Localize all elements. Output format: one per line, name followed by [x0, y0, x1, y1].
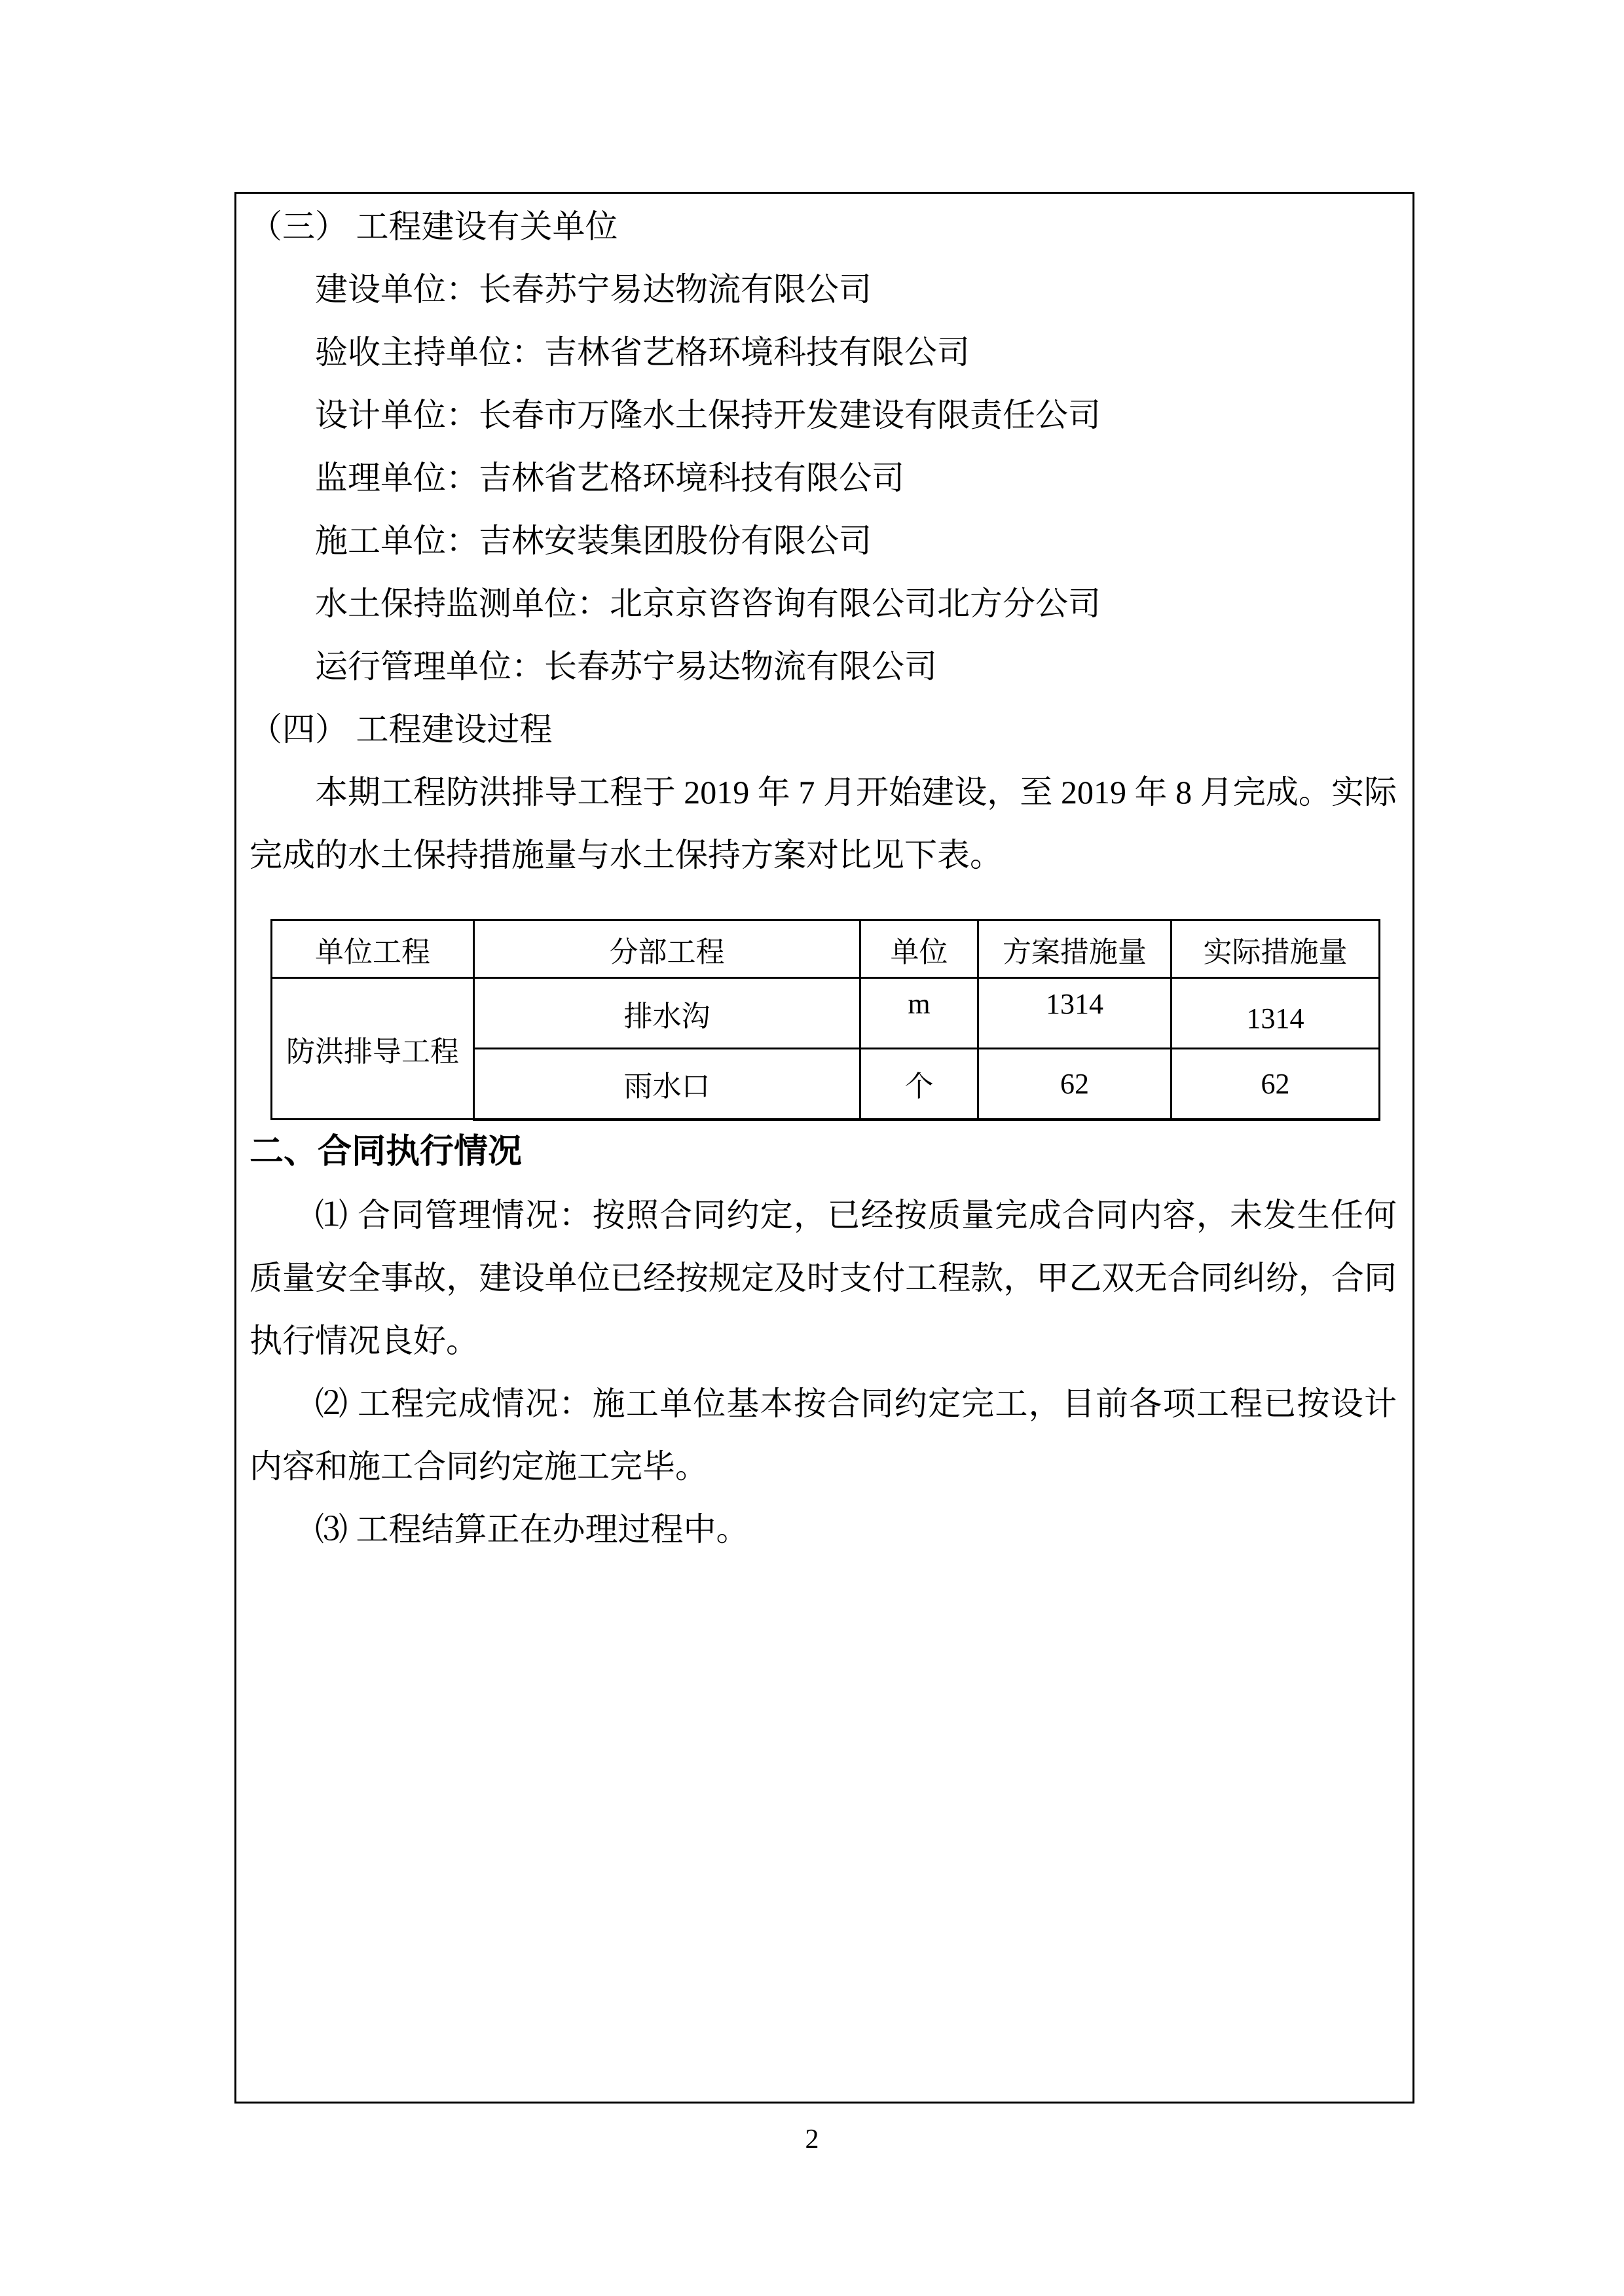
contract-paragraph-settlement: ⑶ 工程结算正在办理过程中。 [249, 1498, 1397, 1561]
cell-planned: 1314 [978, 978, 1172, 1049]
cell-actual: 1314 [1172, 978, 1380, 1049]
cell-planned: 62 [978, 1049, 1172, 1120]
section3-heading: （三） 工程建设有关单位 [249, 195, 1397, 258]
header-planned-quantity: 方案措施量 [978, 920, 1172, 978]
unit-line-construction: 建设单位：长春苏宁易达物流有限公司 [249, 258, 1397, 321]
header-sub-project: 分部工程 [474, 920, 860, 978]
unit-line-contractor: 施工单位：吉林安装集团股份有限公司 [249, 509, 1397, 572]
contract-paragraph-completion: ⑵ 工程完成情况：施工单位基本按合同约定完工，目前各项工程已按设计内容和施工合同… [249, 1372, 1397, 1498]
cell-sub-project: 排水沟 [474, 978, 860, 1049]
unit-line-operation: 运行管理单位：长春苏宁易达物流有限公司 [249, 635, 1397, 698]
document-page: { "colors": { "text": "#000000", "backgr… [0, 0, 1624, 2296]
header-unit-project: 单位工程 [272, 920, 474, 978]
page-number: 2 [0, 2124, 1624, 2155]
cell-actual-value: 1314 [1247, 1002, 1304, 1035]
unit-line-monitoring: 水土保持监测单位：北京京咨咨询有限公司北方分公司 [249, 572, 1397, 635]
cell-actual: 62 [1172, 1049, 1380, 1120]
table-row: 防洪排导工程 排水沟 m 1314 1314 [272, 978, 1380, 1049]
table-header-row: 单位工程 分部工程 单位 方案措施量 实际措施量 [272, 920, 1380, 978]
cell-planned-value: 1314 [1046, 987, 1103, 1021]
measures-comparison-table: 单位工程 分部工程 单位 方案措施量 实际措施量 防洪排导工程 排水沟 m 13… [270, 919, 1380, 1121]
unit-line-supervision: 监理单位：吉林省艺格环境科技有限公司 [249, 446, 1397, 509]
unit-line-design: 设计单位：长春市万隆水土保持开发建设有限责任公司 [249, 384, 1397, 446]
cell-unit-value: m [908, 987, 930, 1021]
contract-section-heading: 二、合同执行情况 [249, 1121, 1397, 1184]
contract-paragraph-management: ⑴ 合同管理情况：按照合同约定，已经按质量完成合同内容，未发生任何质量安全事故，… [249, 1184, 1397, 1372]
cell-unit: m [860, 978, 978, 1049]
section4-paragraph: 本期工程防洪排导工程于 2019 年 7 月开始建设，至 2019 年 8 月完… [249, 761, 1397, 886]
header-actual-quantity: 实际措施量 [1172, 920, 1380, 978]
cell-unit-project: 防洪排导工程 [272, 978, 474, 1120]
section4-heading: （四） 工程建设过程 [249, 698, 1397, 761]
header-unit: 单位 [860, 920, 978, 978]
unit-line-acceptance-host: 验收主持单位：吉林省艺格环境科技有限公司 [249, 321, 1397, 384]
content-border-box: （三） 工程建设有关单位 建设单位：长春苏宁易达物流有限公司 验收主持单位：吉林… [234, 192, 1414, 2104]
cell-unit: 个 [860, 1049, 978, 1120]
cell-sub-project: 雨水口 [474, 1049, 860, 1120]
